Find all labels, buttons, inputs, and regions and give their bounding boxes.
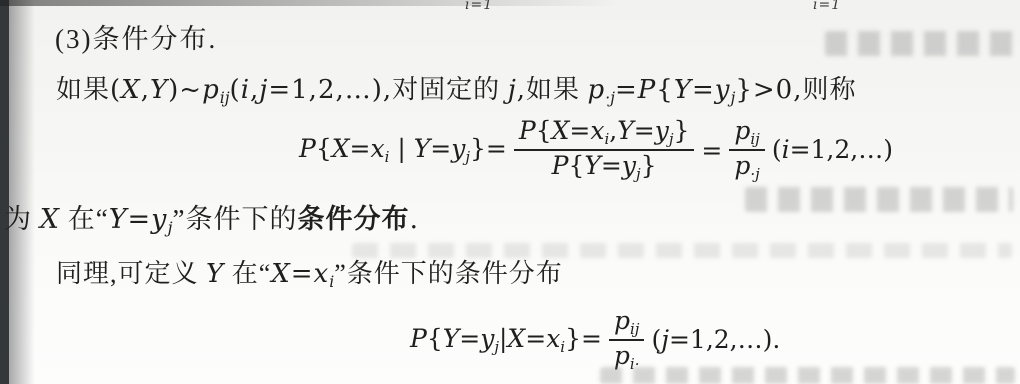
text-run: p — [588, 75, 606, 105]
text-run: 在“ — [60, 204, 109, 234]
fraction-pij-over-pidot: pij pi· — [609, 307, 644, 372]
text-run: P — [552, 151, 569, 180]
text-run: ”条件下的条件分布 — [334, 259, 563, 288]
fraction-denominator: P{Y=yj} — [552, 151, 657, 183]
formula-lhs: P{X=xi | Y=yj}= — [299, 134, 507, 166]
formula-lhs: P{Y=yj|X=xi}= — [410, 324, 602, 356]
text-run: y — [655, 116, 669, 145]
text-run: , — [383, 75, 392, 105]
text-run: y — [451, 134, 465, 163]
text-run: P — [299, 134, 316, 163]
formula-conditional-y-given-x: P{Y=yj|X=xi}= pij pi· (j=1,2,…). — [408, 306, 782, 374]
bleed-through-artifact — [825, 31, 1015, 56]
text-run: ”条件下的 — [172, 204, 297, 234]
text-run: = — [430, 134, 451, 163]
text-run: ·j — [605, 89, 615, 107]
text-run: i — [241, 75, 250, 105]
fraction-denominator: p·j — [734, 151, 759, 183]
sum-limit-fragment-right: i=1 — [813, 0, 841, 13]
text-run: 同理,可定义 — [56, 259, 206, 288]
text-run: =1,2,…) — [669, 325, 772, 354]
text-run: )~ — [168, 75, 202, 105]
text-run: X — [271, 259, 291, 289]
text-run: { — [536, 116, 552, 145]
text-run: ( — [651, 325, 661, 354]
text-run: y — [480, 324, 494, 353]
text-run: X — [40, 204, 60, 235]
fraction-numerator: P{X=xi,Y=yj} — [514, 117, 695, 151]
text-run: { — [427, 324, 443, 353]
fraction-joint-over-marginal: P{X=xi,Y=yj} P{Y=yj} — [514, 117, 695, 182]
text-run: x — [314, 259, 330, 289]
text-run: , — [141, 75, 150, 105]
text-run: = — [581, 324, 602, 353]
text-run: p — [734, 116, 750, 145]
text-run: { — [656, 75, 674, 105]
text-run: y — [715, 75, 731, 105]
text-run: X — [332, 134, 350, 163]
text-run: ij — [220, 89, 230, 107]
top-edge-shadow — [0, 0, 620, 6]
text-run: 条件分布 — [297, 204, 409, 234]
text-run: ( — [772, 135, 782, 164]
paragraph-conclusion: 为 X 在“Y=yj”条件下的条件分布. — [4, 197, 419, 237]
text-run: 如果 — [56, 75, 110, 104]
text-run: =1,2,…) — [790, 135, 893, 164]
text-run: i — [782, 135, 790, 164]
text-run: j — [661, 325, 669, 354]
text-run: = — [128, 204, 152, 235]
text-run: j — [508, 75, 517, 105]
section-heading: (3)条件分布. — [55, 17, 217, 56]
text-run: j — [259, 75, 268, 105]
text-run: } — [673, 116, 689, 145]
fraction-numerator: pij — [729, 117, 764, 151]
text-run: ij — [750, 130, 759, 148]
text-run: ( — [230, 75, 241, 105]
text-run: Y — [674, 75, 692, 105]
text-run: p — [202, 75, 220, 105]
text-run: } — [470, 134, 486, 163]
text-run: 如果 — [526, 75, 588, 104]
text-run: , — [517, 75, 526, 105]
text-run: 对固定的 — [392, 75, 508, 104]
text-run: = — [569, 116, 590, 145]
text-run: = — [486, 134, 507, 163]
text-run: =1,2,…) — [268, 75, 383, 105]
paragraph-intro: 如果(X,Y)~pij(i,j=1,2,…),对固定的 j,如果 p·j=P{Y… — [56, 69, 857, 107]
text-run: . — [409, 204, 419, 235]
text-run: }>0 — [735, 75, 793, 105]
text-run: P — [519, 116, 536, 145]
text-run: X — [552, 116, 570, 145]
formula-conditional-x-given-y: P{X=xi | Y=yj}= P{X=xi,Y=yj} P{Y=yj} = p… — [297, 112, 895, 188]
text-run: ij — [630, 320, 639, 338]
text-run: = — [634, 116, 655, 145]
text-run: X — [507, 324, 525, 353]
text-run: Y — [617, 116, 634, 145]
text-run: } — [641, 151, 657, 180]
fraction-numerator: pij — [609, 307, 644, 341]
text-run: = — [615, 75, 638, 105]
text-run: = — [291, 259, 314, 289]
text-run: = — [525, 324, 546, 353]
text-run: X — [121, 75, 141, 105]
text-run: Y — [443, 324, 460, 353]
text-run: { — [316, 134, 332, 163]
text-run: = — [601, 151, 622, 180]
text-run: P — [410, 324, 427, 353]
text-run: Y — [584, 151, 601, 180]
text-run: P — [638, 75, 657, 105]
text-run: p — [614, 306, 630, 335]
bleed-through-artifact — [600, 367, 1015, 384]
text-run: 则称 — [802, 75, 856, 104]
book-spine-shadow — [0, 0, 9, 384]
text-run: , — [250, 75, 259, 105]
text-run: Y — [109, 204, 128, 235]
text-run: 为 — [4, 204, 40, 234]
text-run: = — [692, 75, 715, 105]
spine-gradient-shadow — [9, 0, 35, 384]
text-run: x — [590, 116, 604, 145]
text-run: Y — [206, 259, 224, 289]
text-run: } — [565, 324, 581, 353]
text-run: = — [350, 134, 371, 163]
text-run: p — [614, 341, 630, 370]
sum-limit-fragment-left: i=1 — [465, 0, 493, 13]
text-run: y — [151, 204, 167, 235]
text-run: { — [569, 151, 585, 180]
textbook-scan-page: { "document": { "sum_limits": { "left": … — [0, 0, 1020, 384]
text-run: | — [389, 134, 413, 163]
text-run: . — [772, 325, 780, 354]
text-run: Y — [414, 134, 431, 163]
text-run: Y — [150, 75, 168, 105]
equals-sign: = — [701, 136, 722, 165]
text-run: p — [734, 151, 750, 180]
formula-index-condition: (i=1,2,…) — [772, 135, 893, 165]
text-run: ( — [110, 75, 121, 105]
paragraph-similarly: 同理,可定义 Y 在“X=xi”条件下的条件分布 — [56, 253, 563, 291]
bleed-through-artifact — [352, 243, 1012, 258]
text-run: 在“ — [224, 259, 271, 288]
bleed-through-artifact — [745, 187, 1013, 212]
text-run: ·j — [750, 165, 759, 183]
text-run: x — [546, 324, 560, 353]
text-run: x — [371, 134, 385, 163]
formula-index-condition: (j=1,2,…). — [651, 325, 780, 355]
fraction-pij-over-pdotj: pij p·j — [729, 117, 764, 182]
text-run: y — [622, 151, 636, 180]
text-run: = — [459, 324, 480, 353]
